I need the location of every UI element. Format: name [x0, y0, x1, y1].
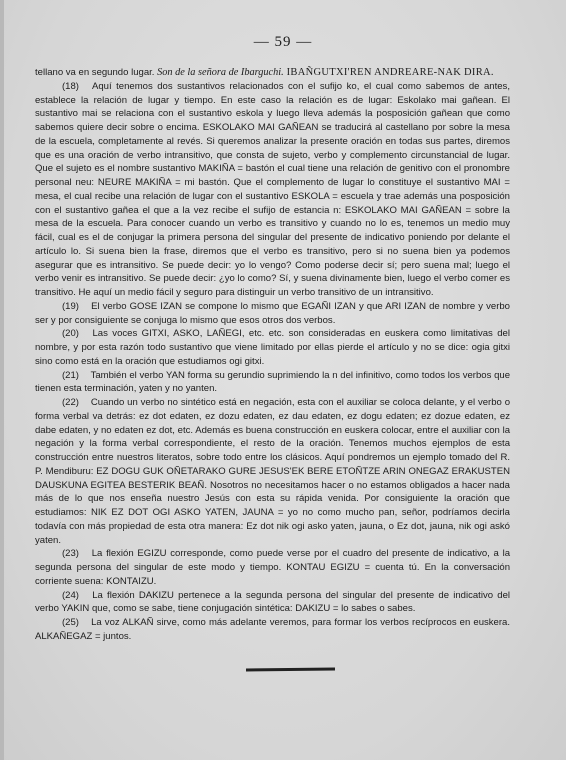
paragraph-continuation: tellano va en segundo lugar. Son de la s…: [35, 66, 510, 80]
basque-run: IBAÑGUTXI'REN ANDREARE-NAK DIRA.: [284, 67, 494, 78]
note-text: La flexión EGIZU corresponde, como puede…: [35, 548, 510, 587]
scanned-page: — 59 — tellano va en segundo lugar. Son …: [0, 0, 566, 760]
body-text: tellano va en segundo lugar. Son de la s…: [35, 66, 510, 644]
note-text: La voz ALKAÑ sirve, como más adelante ve…: [35, 617, 510, 642]
italic-run: Son de la señora de Ibarguchi.: [157, 67, 284, 78]
note-number: (22): [62, 396, 88, 410]
note-number: (21): [62, 369, 88, 383]
note-number: (18): [62, 80, 88, 94]
note-number: (19): [62, 300, 88, 314]
note-22: (22) Cuando un verbo no sintético está e…: [35, 396, 510, 547]
note-number: (23): [62, 547, 88, 561]
note-number: (24): [62, 589, 88, 603]
note-20: (20) Las voces GITXI, ASKO, LAÑEGI, etc.…: [35, 327, 510, 368]
text-run: tellano va en segundo lugar.: [35, 67, 157, 78]
page-edge-shadow: [0, 0, 4, 760]
note-text: El verbo GOSE IZAN se compone lo mismo q…: [35, 301, 510, 326]
note-text: La flexión DAKIZU pertenece a la segunda…: [35, 590, 510, 615]
note-24: (24) La flexión DAKIZU pertenece a la se…: [35, 589, 510, 617]
note-text: Aquí tenemos dos sustantivos relacionado…: [35, 81, 510, 298]
note-25: (25) La voz ALKAÑ sirve, como más adelan…: [35, 616, 510, 644]
note-21: (21) También el verbo YAN forma su gerun…: [35, 369, 510, 397]
note-number: (20): [62, 327, 88, 341]
note-text: Las voces GITXI, ASKO, LAÑEGI, etc. etc.…: [35, 328, 510, 367]
page-number: — 59 —: [0, 34, 566, 51]
note-number: (25): [62, 616, 88, 630]
note-23: (23) La flexión EGIZU corresponde, como …: [35, 547, 510, 588]
note-18: (18) Aquí tenemos dos sustantivos relaci…: [35, 80, 510, 300]
end-rule-divider: [246, 668, 335, 672]
note-19: (19) El verbo GOSE IZAN se compone lo mi…: [35, 300, 510, 328]
note-text: Cuando un verbo no sintético está en neg…: [35, 397, 510, 546]
note-text: También el verbo YAN forma su gerundio s…: [35, 370, 510, 395]
